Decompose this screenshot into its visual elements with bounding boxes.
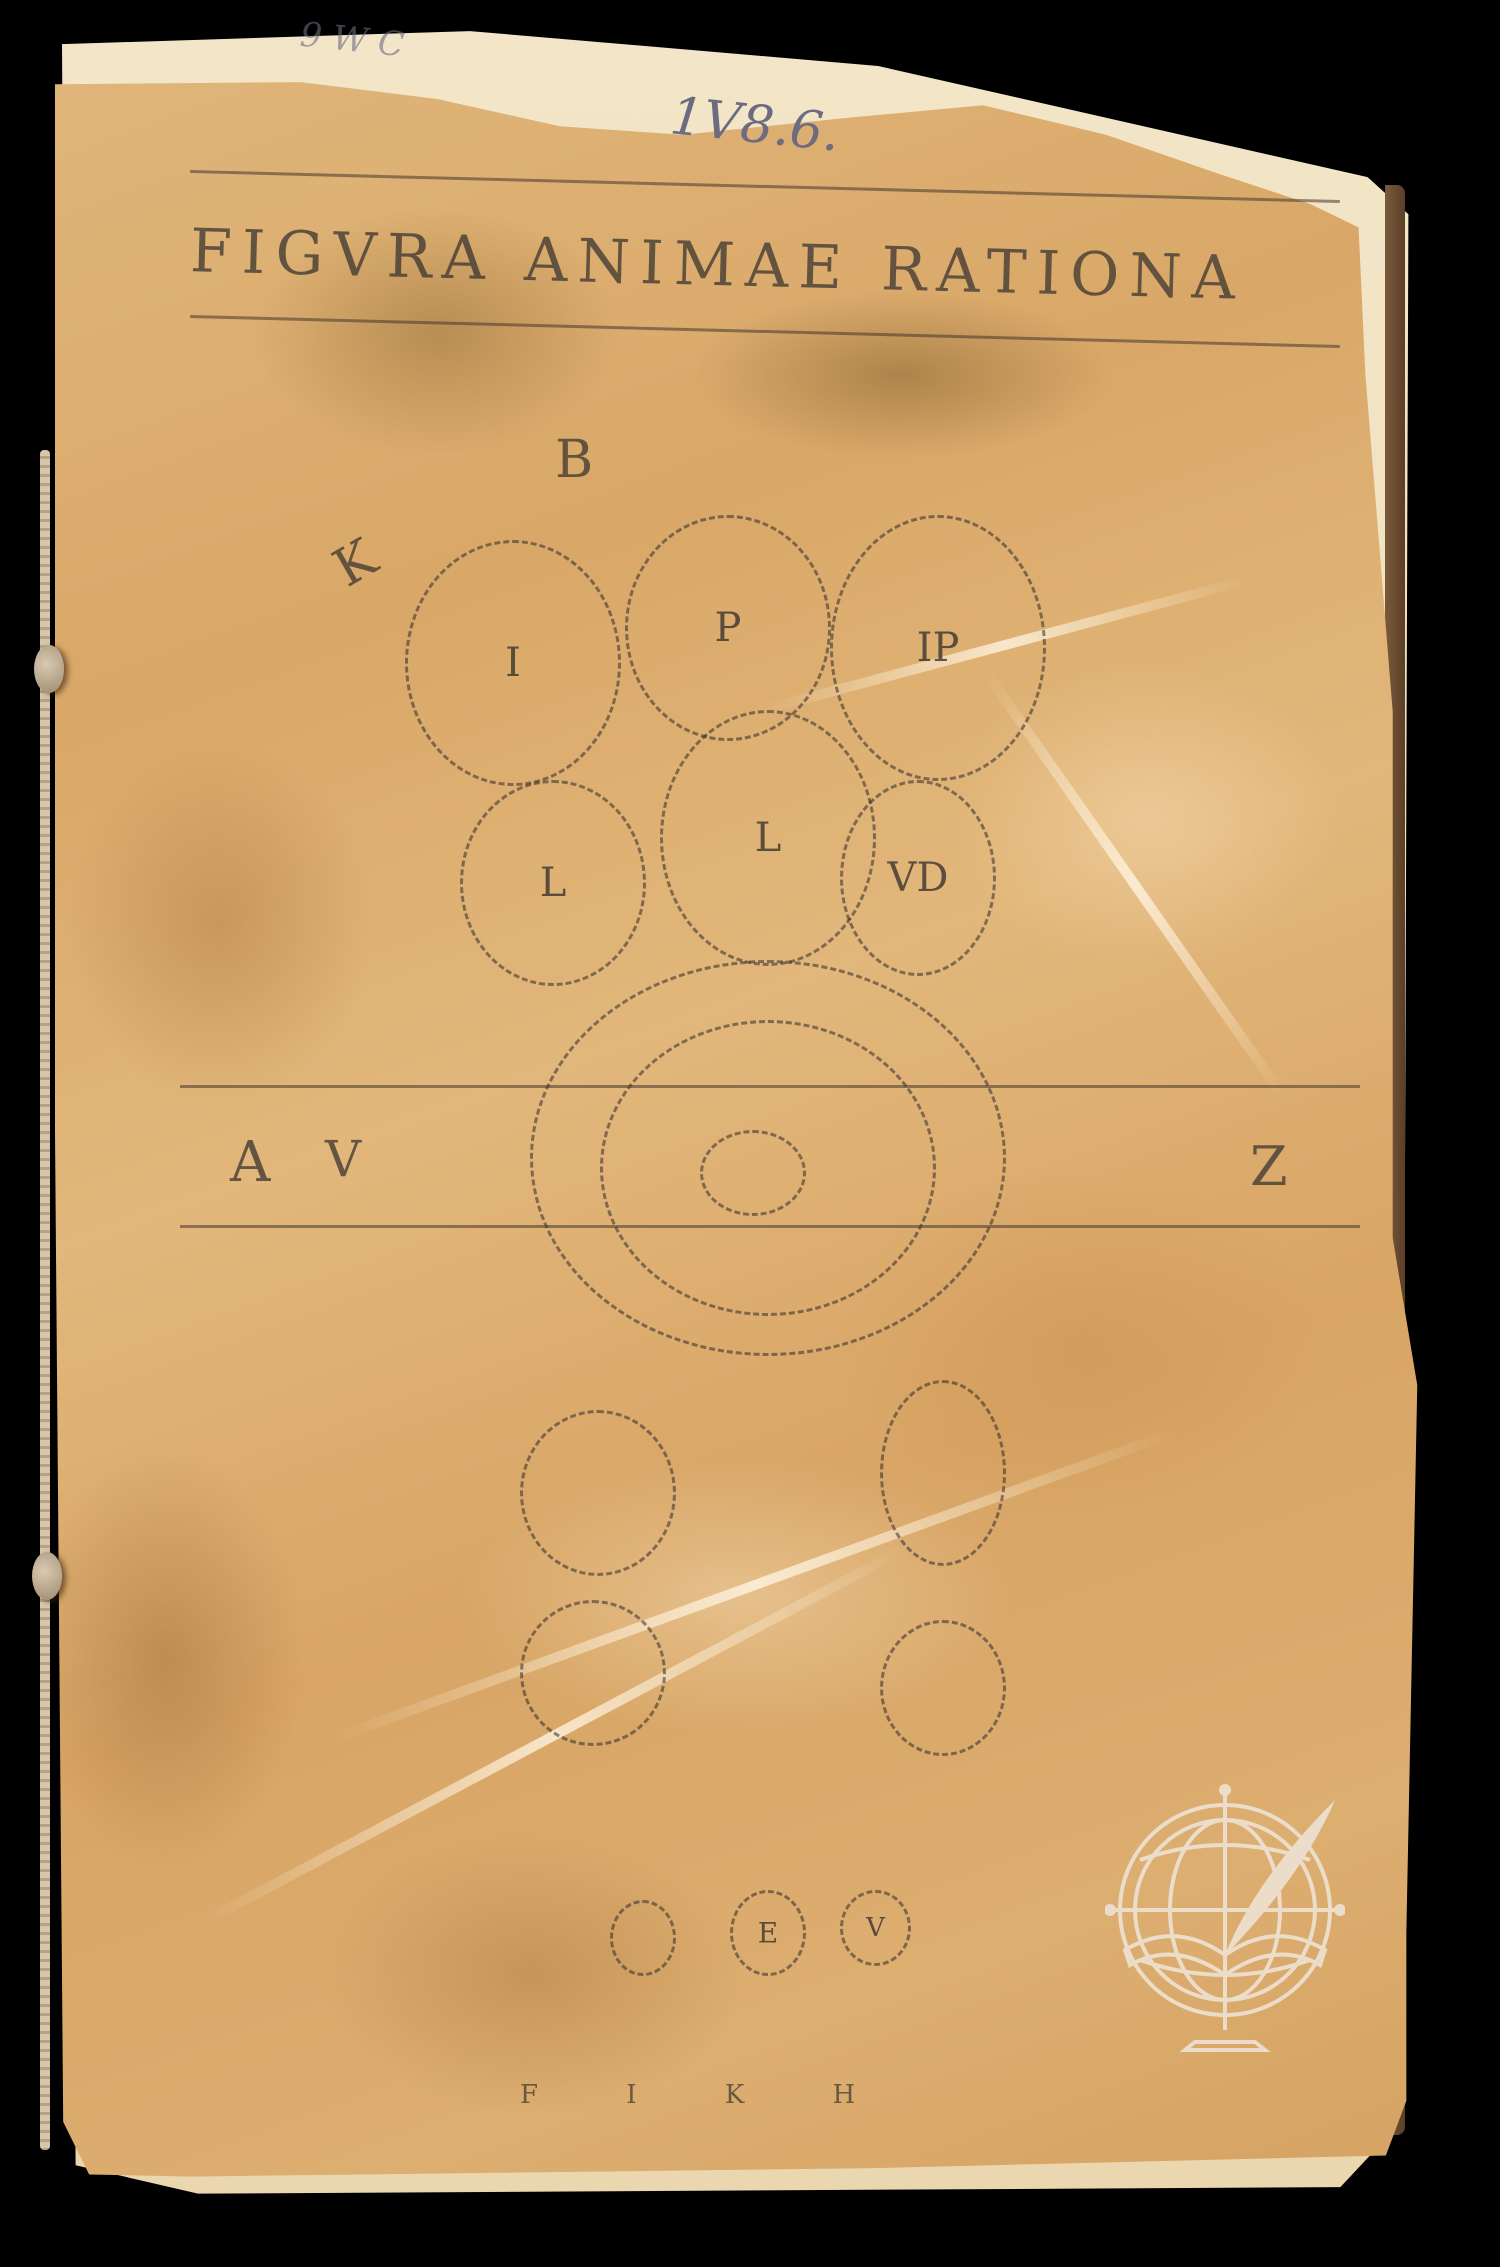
diagram-circle [520, 1410, 676, 1576]
band-letter-v: V [325, 1130, 375, 1188]
diagram-circle [520, 1600, 666, 1746]
diagram-circle: IP [830, 515, 1046, 781]
sewing-knot [34, 645, 64, 693]
diagram-circle: P [625, 515, 831, 741]
diagram-circle [880, 1380, 1006, 1566]
diagram-circle: I [405, 540, 621, 786]
letter-b: B [555, 430, 607, 490]
diagram-circle [880, 1620, 1006, 1756]
sewing-knot [32, 1552, 62, 1600]
globe-book-quill-emblem-icon [1105, 1780, 1345, 2060]
spine-sewing-cord [40, 450, 50, 2150]
diagram-circle: E [730, 1890, 806, 1976]
diagram-circle [610, 1900, 676, 1976]
diagram-circle: L [460, 780, 646, 986]
central-circle-inner [700, 1130, 806, 1216]
diagram-circle: V [840, 1890, 911, 1966]
band-rule-top [180, 1085, 1360, 1088]
band-letter-z: Z [1250, 1135, 1302, 1198]
photo-stage: 9 W C 1V8.6. FIGVRA ANIMAE RATIONA K B I… [0, 0, 1500, 2267]
crease [330, 1426, 1179, 1743]
crease [982, 669, 1288, 1101]
diagram-circle: L [660, 710, 876, 966]
band-rule-bottom [180, 1225, 1360, 1228]
diagram-circle: VD [840, 780, 996, 976]
bottom-line-letters: F I K H [520, 2080, 895, 2110]
band-letter-a: A [230, 1130, 284, 1195]
